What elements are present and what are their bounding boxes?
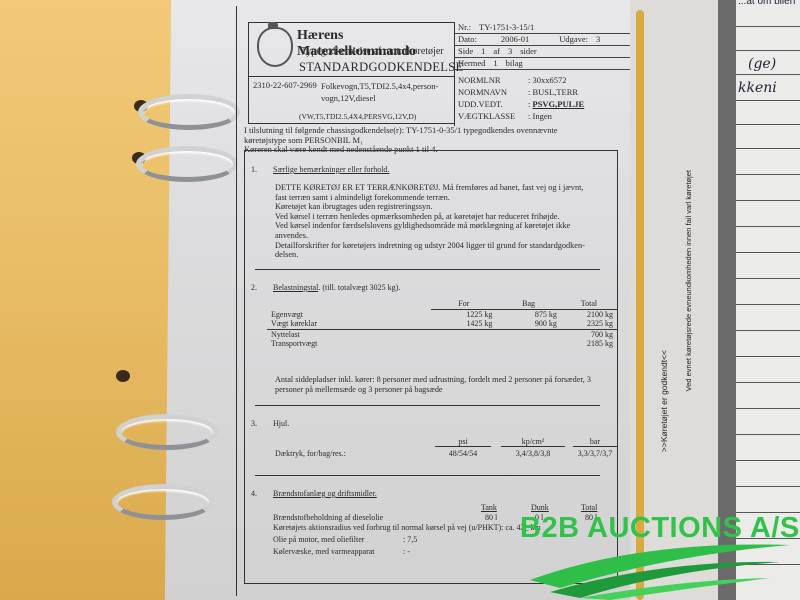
- kpcm2-value: 3,4/3,8/3,8: [501, 449, 565, 458]
- divider: [255, 475, 600, 476]
- cell-bag: [496, 339, 561, 349]
- column-header: psi: [435, 437, 491, 447]
- model-abbreviation: (VW,T5,TDI2.5,4X4,PERSVG,12V,D): [299, 112, 416, 121]
- value: : BUSL,TERR: [528, 87, 578, 97]
- oil-label: Olie på motor, med oliefilter: [273, 535, 364, 544]
- label: Nr.:: [458, 22, 471, 33]
- psi-value: 48/54/54: [435, 449, 491, 458]
- form-heading: ...at om bilen: [738, 0, 795, 7]
- label: bilag: [506, 58, 523, 69]
- cell-for: [431, 329, 496, 339]
- section-1-body: DETTE KØRETØJ ER ET TERRÆNKØRETØJ. Må fr…: [275, 183, 605, 260]
- cell-label: Vægt køreklar: [267, 319, 431, 329]
- cell-bag: [496, 329, 561, 339]
- section-title: Hjul.: [273, 419, 289, 428]
- cell-total: 2185 kg: [561, 339, 617, 349]
- remark-line: Ved kørsel i terræn henledes opmærksomhe…: [275, 212, 605, 222]
- section-title: Særlige bemærkninger eller forhold.: [273, 165, 389, 174]
- form-line: [736, 174, 800, 175]
- label: af: [493, 46, 500, 57]
- watermark-swoosh-icon: [520, 540, 800, 600]
- binder-ring: [116, 414, 218, 450]
- form-line: [736, 278, 800, 279]
- form-line: [736, 486, 800, 487]
- ring-hole: [116, 370, 130, 382]
- value: PSVG,PULJE: [533, 99, 585, 109]
- section-number: 3.: [251, 419, 257, 428]
- doc-type: STANDARDGODKENDELSE: [299, 60, 463, 75]
- remark-line: Ved kørsel indenfor færdselslovens gyldi…: [275, 221, 605, 231]
- form-line: [736, 408, 800, 409]
- cell-total: 2100 kg: [561, 309, 617, 319]
- cell-total: 2325 kg: [561, 319, 617, 329]
- form-line: [736, 356, 800, 357]
- column-header: Tank: [481, 503, 497, 512]
- weights-table: For Bag Total Egenvægt1225 kg875 kg2100 …: [267, 299, 617, 349]
- column-header: Total: [561, 299, 617, 309]
- label: Dato:: [458, 34, 477, 45]
- subtitle: Typegodkendelse af motorkøretøjer: [301, 46, 444, 57]
- range-label: Køretøjets aktionsradius ved forbrug til…: [273, 523, 541, 532]
- form-line: [736, 252, 800, 253]
- section-title: Belastningstal. (till. totalvægt 3025 kg…: [273, 283, 400, 292]
- model-line: Folkevogn,T5,TDI2.5,4x4,person-: [321, 80, 441, 92]
- uddvedt-row: UDD.VEDT.: PSVG,PULJE: [458, 98, 628, 110]
- form-line: [736, 124, 800, 125]
- form-line: [736, 304, 800, 305]
- title-suffix: . (till. totalvægt 3025 kg).: [318, 283, 400, 292]
- remark-line: Køretøjet kan ibrugtages uden registreri…: [275, 202, 605, 212]
- divider: [255, 269, 600, 270]
- column-header: For: [431, 299, 496, 309]
- binder-ring: [136, 146, 238, 182]
- label: UDD.VEDT.: [458, 98, 528, 110]
- column-header: Total: [581, 503, 597, 512]
- column-header: kp/cm²: [501, 437, 565, 447]
- form-line: [736, 26, 800, 27]
- page-number: 1: [481, 46, 485, 57]
- metadata-box: Nr.:TY-1751-3-15/1 Dato:2006-01Udgave:3 …: [454, 22, 631, 126]
- approved-stamp: >>Køretøjet er godkendt<<: [659, 350, 669, 452]
- label: VÆGTKLASSE: [458, 110, 528, 122]
- fuel-label: Brændstofbeholdning af dieselolie: [273, 513, 383, 522]
- cell-bag: 900 kg: [496, 319, 561, 329]
- divider: [255, 405, 600, 406]
- form-line: [736, 460, 800, 461]
- norm-info: NORMLNR: 30xx6572 NORMNAVN: BUSL,TERR UD…: [455, 70, 631, 126]
- edition: 3: [596, 34, 600, 45]
- form-line: [736, 100, 800, 101]
- column-header: bar: [573, 437, 617, 447]
- page-row: Side1af3sider: [455, 46, 631, 58]
- form-line: [736, 330, 800, 331]
- section-number: 4.: [251, 489, 257, 498]
- date: 2006-01: [501, 34, 529, 45]
- stamp-note: Ved evnet køretøjsrede evneundkomheden i…: [684, 170, 693, 391]
- table-row: Nyttelast700 kg: [267, 329, 617, 339]
- remark-line: delsen.: [275, 250, 605, 260]
- column-header: Dunk: [531, 503, 549, 512]
- nr-row: Nr.:TY-1751-3-15/1: [455, 22, 631, 34]
- oil-value: : 7,5: [403, 535, 417, 544]
- divider: [249, 76, 455, 77]
- vaegtklasse-row: VÆGTKLASSE: Ingen: [458, 110, 628, 122]
- form-line: [736, 226, 800, 227]
- section-number: 2.: [251, 283, 257, 292]
- binder-ring: [138, 94, 240, 130]
- folder-edge: [718, 0, 736, 600]
- tank-value: 80 l: [485, 513, 497, 522]
- remark-line: Detailforskrifter for køretøjers indretn…: [275, 241, 605, 251]
- cell-for: 1225 kg: [431, 309, 496, 319]
- document-header: Hærens Materielkommando Typegodkendelse …: [248, 22, 455, 124]
- doc-number: TY-1751-3-15/1: [479, 22, 534, 33]
- label: Side: [458, 46, 473, 57]
- cell-total: 700 kg: [561, 329, 617, 339]
- bar-value: 3,3/3,7/3,7: [573, 449, 617, 458]
- label: NORMLNR: [458, 74, 528, 86]
- section-number: 1.: [251, 165, 257, 174]
- coolant-value: : -: [403, 547, 410, 556]
- value: : Ingen: [528, 111, 552, 121]
- cell-for: [431, 339, 496, 349]
- label: Hermed: [458, 58, 485, 69]
- cell-label: Egenvægt: [267, 309, 431, 319]
- handwriting: (ge): [748, 56, 776, 72]
- remark-line: DETTE KØRETØJ ER ET TERRÆNKØRETØJ. Må fr…: [275, 183, 605, 193]
- column-header: Bag: [496, 299, 561, 309]
- label: Udgave:: [559, 34, 588, 45]
- cell-bag: 875 kg: [496, 309, 561, 319]
- attachment-count: 1: [493, 58, 497, 69]
- cell-label: Transportvægt: [267, 339, 431, 349]
- table-row: Vægt køreklar1425 kg900 kg2325 kg: [267, 319, 617, 329]
- attachment-row: Hermed1bilag: [455, 58, 631, 70]
- table-row: Transportvægt2185 kg: [267, 339, 617, 349]
- cell-for: 1425 kg: [431, 319, 496, 329]
- cell-label: Nyttelast: [267, 329, 431, 339]
- handwriting: kkeni: [738, 80, 777, 96]
- part-code: 2310-22-607-2969: [253, 80, 317, 90]
- form-line: [736, 200, 800, 201]
- form-line: [736, 50, 800, 51]
- value: : 30xx6572: [528, 75, 567, 85]
- title: Belastningstal: [273, 283, 318, 292]
- remark-line: anvendes.: [275, 231, 605, 241]
- coolant-label: Kølervæske, med varmeapparat: [273, 547, 375, 556]
- binder-ring: [112, 484, 214, 520]
- crest-icon: [257, 27, 293, 67]
- model-description: Folkevogn,T5,TDI2.5,4x4,person- vogn,12V…: [321, 80, 441, 104]
- form-line: [736, 148, 800, 149]
- tyre-pressure-label: Dæktryk, for/bag/res.:: [275, 449, 346, 458]
- model-line: vogn,12V,diesel: [321, 92, 441, 104]
- label: NORMNAVN: [458, 86, 528, 98]
- page-count: 3: [508, 46, 512, 57]
- remark-line: fast terræn samt i almindeligt forekomme…: [275, 193, 605, 203]
- table-row: Egenvægt1225 kg875 kg2100 kg: [267, 309, 617, 319]
- form-line: [736, 434, 800, 435]
- section-title: Brændstofanlæg og driftsmidler.: [273, 489, 377, 498]
- form-line: [736, 74, 800, 75]
- form-line: [736, 382, 800, 383]
- seating-info: Antal siddepladser inkl. kører: 8 person…: [275, 375, 600, 395]
- normnavn-row: NORMNAVN: BUSL,TERR: [458, 86, 628, 98]
- normlnr-row: NORMLNR: 30xx6572: [458, 74, 628, 86]
- date-row: Dato:2006-01Udgave:3: [455, 34, 631, 46]
- label: sider: [520, 46, 537, 57]
